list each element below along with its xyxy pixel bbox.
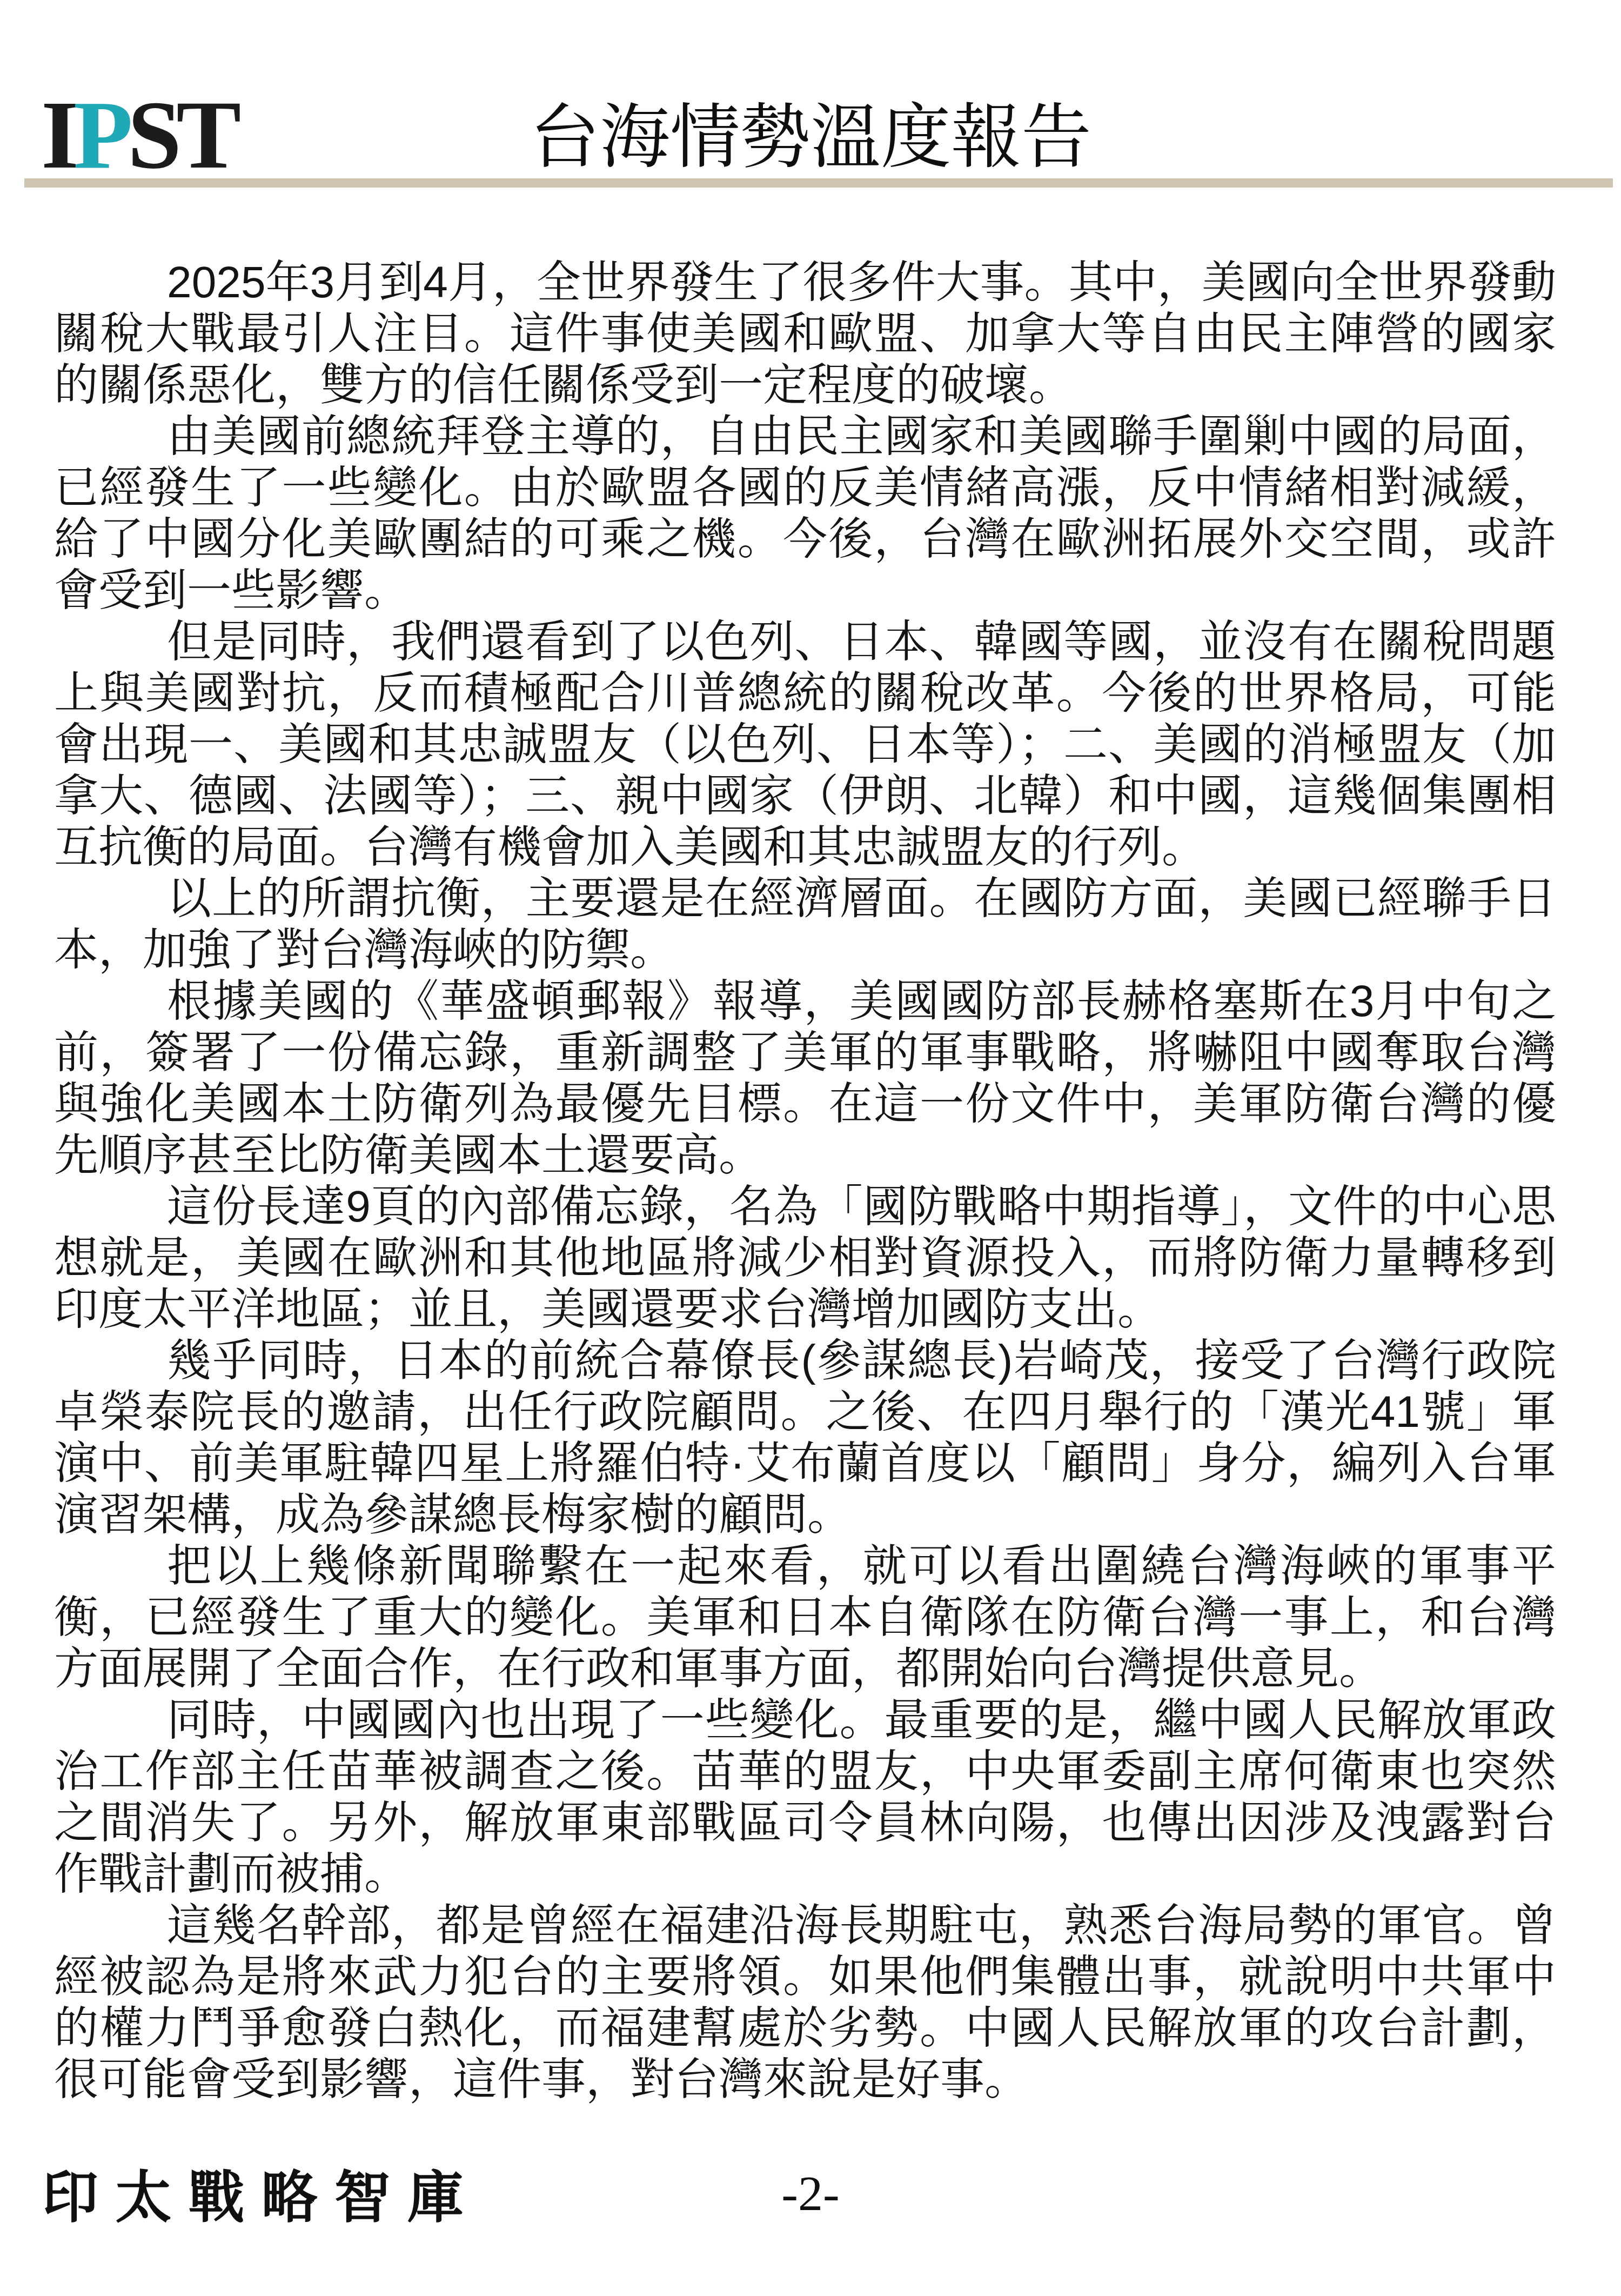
paragraph-8: 把以上幾條新聞聯繫在一起來看，就可以看出圍繞台灣海峽的軍事平衡，已經發生了重大的…	[54, 1540, 1556, 1694]
article-body: 2025年3月到4月，全世界發生了很多件大事。其中，美國向全世界發動關稅大戰最引…	[54, 257, 1556, 2105]
paragraph-3: 但是同時，我們還看到了以色列、日本、韓國等國，並沒有在關稅問題上與美國對抗，反而…	[54, 616, 1556, 873]
paragraph-4: 以上的所謂抗衡，主要還是在經濟層面。在國防方面，美國已經聯手日本，加強了對台灣海…	[54, 873, 1556, 976]
paragraph-1: 2025年3月到4月，全世界發生了很多件大事。其中，美國向全世界發動關稅大戰最引…	[54, 257, 1556, 411]
page-number: -2-	[0, 2168, 1621, 2218]
paragraph-5: 根據美國的《華盛頓郵報》報導，美國國防部長赫格塞斯在3月中旬之前，簽署了一份備忘…	[54, 976, 1556, 1181]
paragraph-2: 由美國前總統拜登主導的，自由民主國家和美國聯手圍剿中國的局面，已經發生了一些變化…	[54, 411, 1556, 616]
header-divider-rule	[24, 178, 1613, 188]
paragraph-9: 同時，中國國內也出現了一些變化。最重要的是，繼中國人民解放軍政治工作部主任苗華被…	[54, 1694, 1556, 1900]
paragraph-7: 幾乎同時，日本的前統合幕僚長(參謀總長)岩崎茂，接受了台灣行政院卓榮泰院長的邀請…	[54, 1335, 1556, 1540]
page-title: 台海情勢溫度報告	[0, 99, 1621, 177]
paragraph-10: 這幾名幹部，都是曾經在福建沿海長期駐屯，熟悉台海局勢的軍官。曾經被認為是將來武力…	[54, 1900, 1556, 2105]
paragraph-6: 這份長達9頁的內部備忘錄，名為「國防戰略中期指導」，文件的中心思想就是，美國在歐…	[54, 1181, 1556, 1335]
report-page: IPST 台海情勢溫度報告 2025年3月到4月，全世界發生了很多件大事。其中，…	[0, 0, 1621, 2296]
